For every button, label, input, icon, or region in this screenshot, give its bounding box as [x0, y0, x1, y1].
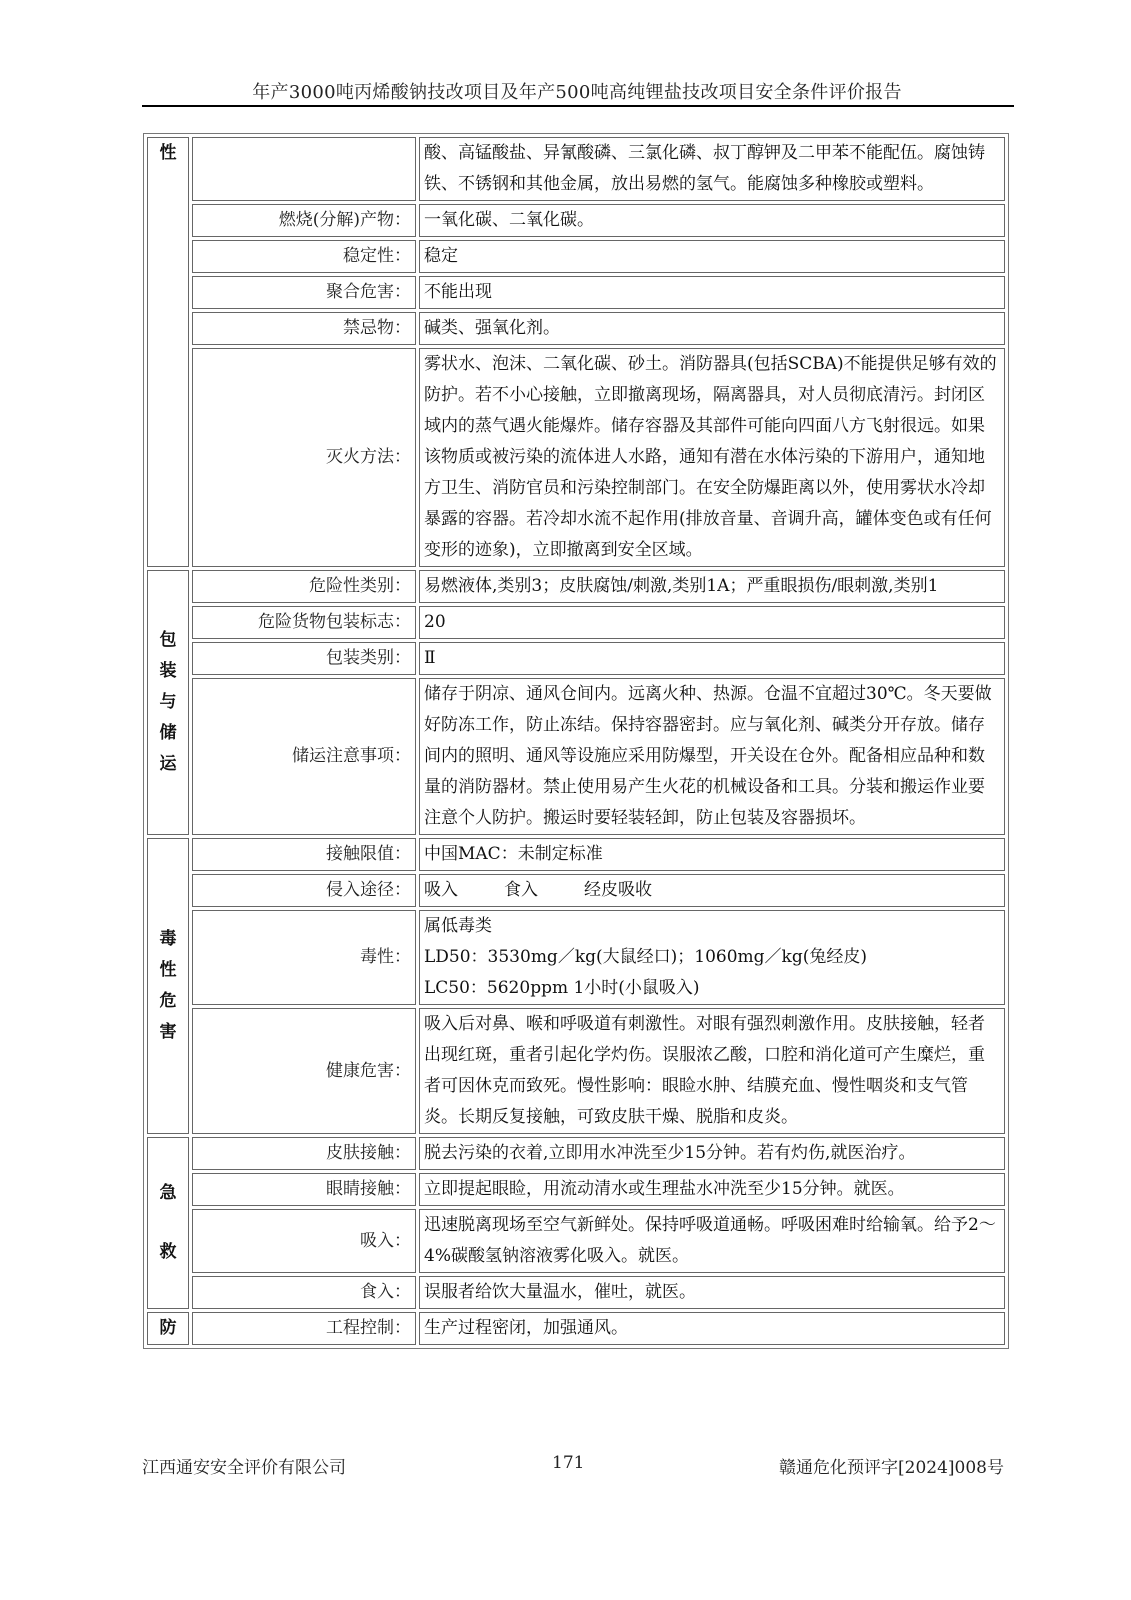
section-char: 运 [152, 749, 184, 780]
row-label: 禁忌物： [192, 312, 416, 345]
table-row: 燃烧(分解)产物： 一氧化碳、二氧化碳。 [147, 204, 1005, 237]
section-char: 包 [152, 625, 184, 656]
row-value: 易燃液体,类别3；皮肤腐蚀/刺激,类别1A；严重眼损伤/眼刺激,类别1 [419, 570, 1005, 603]
table-row: 健康危害： 吸入后对鼻、喉和呼吸道有刺激性。对眼有强烈刺激作用。皮肤接触，轻者出… [147, 1008, 1005, 1134]
row-label: 皮肤接触： [192, 1137, 416, 1170]
page-header-title: 年产3000吨丙烯酸钠技改项目及年产500吨高纯锂盐技改项目安全条件评价报告 [142, 78, 1012, 104]
row-label: 危险货物包装标志： [192, 606, 416, 639]
table-row: 防 工程控制： 生产过程密闭，加强通风。 [147, 1312, 1005, 1345]
row-value: 20 [419, 606, 1005, 639]
row-label: 食入： [192, 1276, 416, 1309]
row-label: 灭火方法： [192, 348, 416, 567]
table-row: 禁忌物： 碱类、强氧化剂。 [147, 312, 1005, 345]
section-char: 急 [152, 1178, 184, 1209]
section-label-protection: 防 [147, 1312, 189, 1345]
section-char: 救 [152, 1237, 184, 1268]
row-value: 碱类、强氧化剂。 [419, 312, 1005, 345]
footer-doc-number: 赣通危化预评字[2024]008号 [779, 1453, 1004, 1478]
row-value: 立即提起眼睑，用流动清水或生理盐水冲洗至少15分钟。就医。 [419, 1173, 1005, 1206]
section-char: 性 [152, 955, 184, 986]
section-char: 储 [152, 718, 184, 749]
table-row: 食入： 误服者给饮大量温水，催吐，就医。 [147, 1276, 1005, 1309]
row-label: 聚合危害： [192, 276, 416, 309]
row-label: 稳定性： [192, 240, 416, 273]
row-value: 误服者给饮大量温水，催吐，就医。 [419, 1276, 1005, 1309]
row-value: 雾状水、泡沫、二氧化碳、砂土。消防器具(包括SCBA)不能提供足够有效的防护。若… [419, 348, 1005, 567]
row-value: 吸入食入经皮吸收 [419, 874, 1005, 907]
table-row: 侵入途径： 吸入食入经皮吸收 [147, 874, 1005, 907]
section-label-toxicity: 毒 性 危 害 [147, 838, 189, 1134]
row-label: 眼睛接触： [192, 1173, 416, 1206]
row-label: 危险性类别： [192, 570, 416, 603]
section-char: 害 [152, 1017, 184, 1048]
row-label: 储运注意事项： [192, 678, 416, 835]
section-char: 毒 [152, 924, 184, 955]
row-label: 包装类别： [192, 642, 416, 675]
row-label: 工程控制： [192, 1312, 416, 1345]
row-value: 酸、高锰酸盐、异氰酸磷、三氯化磷、叔丁醇钾及二甲苯不能配伍。腐蚀铸铁、不锈钢和其… [419, 137, 1005, 201]
row-label: 吸入： [192, 1209, 416, 1273]
table-row: 危险货物包装标志： 20 [147, 606, 1005, 639]
row-value: 稳定 [419, 240, 1005, 273]
row-value: Ⅱ [419, 642, 1005, 675]
route-item: 经皮吸收 [584, 880, 652, 900]
toxicity-line: 属低毒类 [424, 911, 1000, 942]
row-label: 毒性： [192, 910, 416, 1005]
row-value: 储存于阴凉、通风仓间内。远离火种、热源。仓温不宜超过30℃。冬天要做好防冻工作，… [419, 678, 1005, 835]
section-label-first-aid: 急 救 [147, 1137, 189, 1309]
row-value: 不能出现 [419, 276, 1005, 309]
row-label [192, 137, 416, 201]
table-row: 急 救 皮肤接触： 脱去污染的衣着,立即用水冲洗至少15分钟。若有灼伤,就医治疗… [147, 1137, 1005, 1170]
row-label: 燃烧(分解)产物： [192, 204, 416, 237]
row-value: 生产过程密闭，加强通风。 [419, 1312, 1005, 1345]
section-char: 危 [152, 986, 184, 1017]
row-label: 健康危害： [192, 1008, 416, 1134]
table-row: 稳定性： 稳定 [147, 240, 1005, 273]
section-char: 装 [152, 656, 184, 687]
table-row: 眼睛接触： 立即提起眼睑，用流动清水或生理盐水冲洗至少15分钟。就医。 [147, 1173, 1005, 1206]
table-row: 毒 性 危 害 接触限值： 中国MAC：未制定标准 [147, 838, 1005, 871]
row-value: 属低毒类 LD50：3530mg／kg(大鼠经口)；1060mg／kg(兔经皮)… [419, 910, 1005, 1005]
table-row: 储运注意事项： 储存于阴凉、通风仓间内。远离火种、热源。仓温不宜超过30℃。冬天… [147, 678, 1005, 835]
table-row: 吸入： 迅速脱离现场至空气新鲜处。保持呼吸道通畅。呼吸困难时给输氧。给予2～4%… [147, 1209, 1005, 1273]
section-char: 与 [152, 687, 184, 718]
footer-page-number: 171 [552, 1453, 584, 1473]
row-value: 脱去污染的衣着,立即用水冲洗至少15分钟。若有灼伤,就医治疗。 [419, 1137, 1005, 1170]
table-row: 包 装 与 储 运 危险性类别： 易燃液体,类别3；皮肤腐蚀/刺激,类别1A；严… [147, 570, 1005, 603]
route-item: 吸入 [424, 880, 458, 900]
table-row: 聚合危害： 不能出现 [147, 276, 1005, 309]
row-value: 迅速脱离现场至空气新鲜处。保持呼吸道通畅。呼吸困难时给输氧。给予2～4%碳酸氢钠… [419, 1209, 1005, 1273]
toxicity-line: LC50：5620ppm 1小时(小鼠吸入) [424, 973, 1000, 1004]
footer-company: 江西通安安全评价有限公司 [142, 1453, 346, 1478]
table-row: 性 酸、高锰酸盐、异氰酸磷、三氯化磷、叔丁醇钾及二甲苯不能配伍。腐蚀铸铁、不锈钢… [147, 137, 1005, 201]
route-item: 食入 [504, 880, 538, 900]
toxicity-line: LD50：3530mg／kg(大鼠经口)；1060mg／kg(兔经皮) [424, 942, 1000, 973]
table-row: 毒性： 属低毒类 LD50：3530mg／kg(大鼠经口)；1060mg／kg(… [147, 910, 1005, 1005]
row-value: 中国MAC：未制定标准 [419, 838, 1005, 871]
msds-table: 性 酸、高锰酸盐、异氰酸磷、三氯化磷、叔丁醇钾及二甲苯不能配伍。腐蚀铸铁、不锈钢… [143, 133, 1009, 1349]
row-label: 接触限值： [192, 838, 416, 871]
row-value: 吸入后对鼻、喉和呼吸道有刺激性。对眼有强烈刺激作用。皮肤接触，轻者出现红斑，重者… [419, 1008, 1005, 1134]
table-row: 灭火方法： 雾状水、泡沫、二氧化碳、砂土。消防器具(包括SCBA)不能提供足够有… [147, 348, 1005, 567]
header-divider [142, 105, 1014, 107]
table-row: 包装类别： Ⅱ [147, 642, 1005, 675]
row-label: 侵入途径： [192, 874, 416, 907]
section-label-packaging: 包 装 与 储 运 [147, 570, 189, 835]
row-value: 一氧化碳、二氧化碳。 [419, 204, 1005, 237]
section-label-properties: 性 [147, 137, 189, 567]
